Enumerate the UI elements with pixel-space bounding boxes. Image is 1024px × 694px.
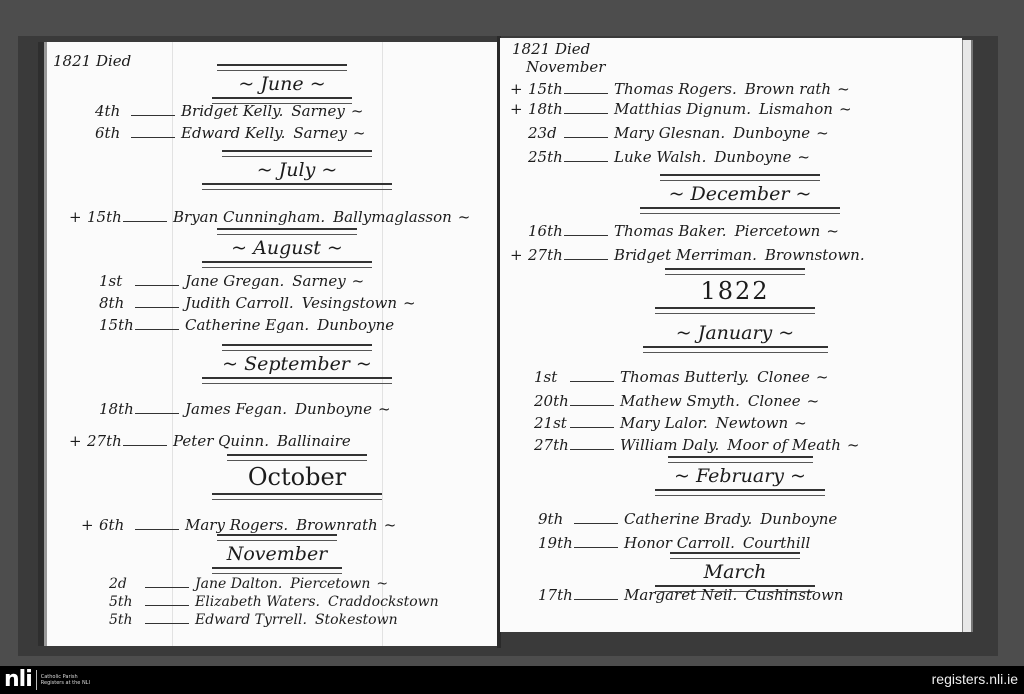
month-heading-october: October [207,454,387,500]
month-heading-december: ~ December ~ [640,174,840,214]
burial-entry: 20thMathew Smyth.Clonee~ [516,392,819,410]
burial-entry: 2dJane Dalton.Piercetown~ [91,576,388,592]
nli-logo-icon: nli [4,669,32,691]
burial-entry: 23dMary Glesnan.Dunboyne~ [510,124,829,142]
page-subheader: November [526,58,605,76]
burial-entry: 4thBridget Kelly.Sarney~ [77,102,363,120]
logo-caption: Catholic Parish Registers at the NLI [41,674,101,686]
burial-entry: +27thPeter Quinn.Ballinaire [69,432,357,450]
viewer-footer: nli Catholic Parish Registers at the NLI… [0,666,1024,694]
burial-entry: 5thElizabeth Waters.Craddockstown [91,594,445,610]
month-heading-september: ~ September ~ [197,344,397,384]
image-viewer[interactable]: 1821 Died ~ June ~ 4thBridget Kelly.Sarn… [0,0,1024,666]
burial-entry: 18thJames Fegan.Dunboyne~ [81,400,391,418]
burial-entry: 25thLuke Walsh.Dunboyne~ [510,148,810,166]
nli-logo[interactable]: nli Catholic Parish Registers at the NLI [4,669,101,691]
month-heading-august: ~ August ~ [197,228,377,268]
burial-entry: +6thMary Rogers.Brownrath~ [81,516,396,534]
burial-entry: 15thCatherine Egan.Dunboyne [81,316,400,334]
year-heading-1822: 1822 [650,268,820,314]
page-edge [962,40,973,632]
burial-entry: +27thBridget Merriman.Brownstown. [510,246,871,264]
month-heading-january: ~ January ~ [640,320,830,353]
burial-entry: +18thMatthias Dignum.Lismahon~ [510,100,852,118]
burial-entry: 16thThomas Baker.Piercetown~ [510,222,839,240]
right-page: 1821 Died November +15thThomas Rogers.Br… [500,38,962,632]
burial-entry: 1stJane Gregan.Sarney~ [81,272,364,290]
site-link[interactable]: registers.nli.ie [932,671,1018,687]
burial-entry: +15thBryan Cunningham.Ballymaglasson~ [69,208,470,226]
month-heading-february: ~ February ~ [650,456,830,496]
month-heading-july: ~ July ~ [197,150,397,190]
burial-entry: 1stThomas Butterly.Clonee~ [516,368,828,386]
burial-entry: 19thHonor Carroll.Courthill [520,534,816,552]
burial-entry: 8thJudith Carroll.Vesingstown~ [81,294,416,312]
burial-entry: 21stMary Lalor.Newtown~ [516,414,807,432]
page-header: 1821 Died [53,52,131,70]
month-heading-november: November [207,534,347,574]
logo-divider [36,670,37,690]
month-heading-june: ~ June ~ [197,64,367,104]
burial-entry: 5thEdward Tyrrell.Stokestown [91,612,404,628]
page-header: 1821 Died [512,40,590,58]
burial-entry: 17thMargaret Neil.Cushinstown [520,586,849,604]
burial-entry: 9thCatherine Brady.Dunboyne [520,510,843,528]
burial-entry: 27thWilliam Daly.Moor of Meath~ [516,436,859,454]
burial-entry: +15thThomas Rogers.Brown rath~ [510,80,850,98]
burial-entry: 6thEdward Kelly.Sarney~ [77,124,365,142]
left-page: 1821 Died ~ June ~ 4thBridget Kelly.Sarn… [44,42,501,646]
